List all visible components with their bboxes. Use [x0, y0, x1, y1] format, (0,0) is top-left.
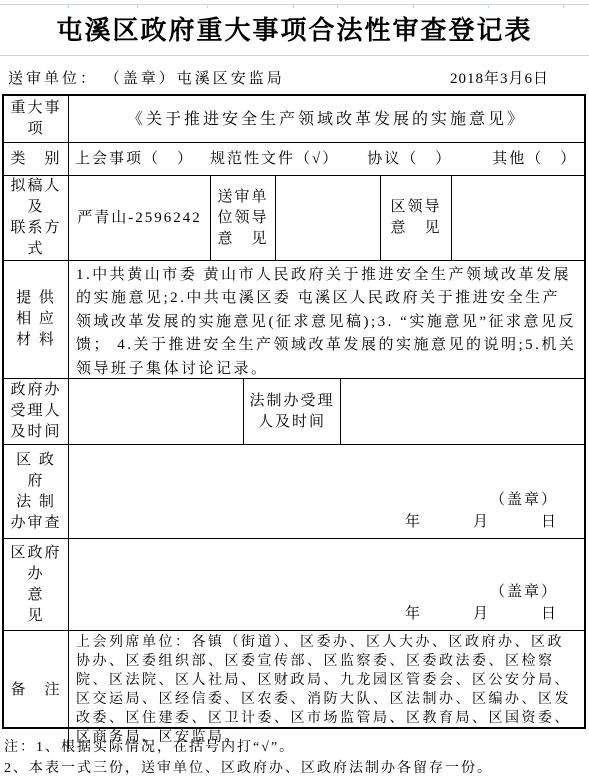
gov-office-opinion-value: （盖章） 年 月 日 — [69, 539, 584, 630]
category-label: 类 别 — [4, 143, 69, 175]
footnote-line-2: 2、本表一式三份，送审单位、区政府办、区政府法制办各留存一份。 — [4, 758, 493, 777]
materials-value: 1.中共黄山市委 黄山市人民政府关于推进安全生产领域改革发展的实施意见;2.中共… — [69, 261, 584, 378]
review-form-table: 重大事 项 《关于推进安全生产领域改革发展的实施意见》 类 别 上会事项（ ） … — [2, 94, 586, 729]
legal-office-handler-label: 法制办受理 人及时间 — [244, 379, 341, 444]
district-leader-opinion-value — [452, 176, 584, 260]
row-remarks: 备 注 上会列席单位：各镇（街道）、区委办、区人大办、区政府办、区政协办、区委组… — [4, 631, 584, 749]
gridline-tick — [337, 4, 338, 8]
date-placeholder: 年 月 日 — [405, 603, 558, 625]
category-option-agreement: 协议（ ） — [367, 149, 452, 170]
category-options: 上会事项（ ） 规范性文件（√） 协议（ ） 其他（ ） — [69, 143, 584, 175]
drafter-value: 严青山-2596242 — [69, 176, 211, 260]
footnote-line-1: 注：1、根据实际情况，在括号内打“√”。 — [4, 737, 493, 758]
gov-office-handler-label: 政府办 受理人 及时间 — [4, 379, 69, 444]
row-legal-review: 区 政 府 法 制 办审查 （盖章） 年 月 日 — [4, 445, 584, 539]
legal-review-label: 区 政 府 法 制 办审查 — [4, 445, 69, 538]
row-category: 类 别 上会事项（ ） 规范性文件（√） 协议（ ） 其他（ ） — [4, 143, 584, 176]
drafter-label: 拟稿人 及 联系方 式 — [4, 176, 69, 260]
category-option-meeting: 上会事项（ ） — [75, 149, 194, 170]
major-item-value: 《关于推进安全生产领域改革发展的实施意见》 — [69, 96, 584, 142]
row-handlers: 政府办 受理人 及时间 法制办受理 人及时间 — [4, 379, 584, 445]
submit-date: 2018年3月6日 — [450, 67, 549, 88]
remarks-value: 上会列席单位：各镇（街道）、区委办、区人大办、区政府办、区政协办、区委组织部、区… — [69, 631, 584, 749]
row-gov-office-opinion: 区政府 办 意 见 （盖章） 年 月 日 — [4, 539, 584, 631]
gridline-tick — [563, 4, 564, 8]
unit-leader-opinion-value — [276, 176, 381, 260]
legal-review-value: （盖章） 年 月 日 — [69, 445, 584, 538]
gridline-tick — [413, 4, 414, 8]
legal-office-handler-value — [341, 379, 584, 444]
submit-unit-line: 送审单位： （盖章）屯溪区安监局 — [8, 67, 285, 88]
gridline-tick — [137, 4, 138, 8]
unit-leader-opinion-label: 送审单 位领导 意 见 — [211, 176, 276, 260]
spreadsheet-gridline — [0, 4, 589, 5]
date-placeholder: 年 月 日 — [405, 511, 558, 533]
row-major-item: 重大事 项 《关于推进安全生产领域改革发展的实施意见》 — [4, 96, 584, 143]
gridline-tick — [488, 4, 489, 8]
footnotes: 注：1、根据实际情况，在括号内打“√”。 2、本表一式三份，送审单位、区政府办、… — [4, 737, 493, 777]
row-materials: 提 供 相 应 材 料 1.中共黄山市委 黄山市人民政府关于推进安全生产领域改革… — [4, 261, 584, 379]
gridline-tick — [293, 4, 294, 8]
gov-office-opinion-label: 区政府 办 意 见 — [4, 539, 69, 630]
page-title: 屯溪区政府重大事项合法性审查登记表 — [0, 10, 589, 47]
row-drafter: 拟稿人 及 联系方 式 严青山-2596242 送审单 位领导 意 见 区领导 … — [4, 176, 584, 261]
category-option-other: 其他（ ） — [492, 149, 577, 170]
gridline-tick — [207, 4, 208, 8]
stamp-placeholder: （盖章） — [490, 581, 558, 603]
gov-office-handler-value — [69, 379, 244, 444]
materials-label: 提 供 相 应 材 料 — [4, 261, 69, 378]
remarks-label: 备 注 — [4, 631, 69, 749]
gridline-tick — [68, 4, 69, 8]
major-item-label: 重大事 项 — [4, 96, 69, 142]
spreadsheet-gridline — [0, 55, 589, 56]
category-option-normative-checked: 规范性文件（√） — [210, 149, 339, 170]
stamp-placeholder: （盖章） — [490, 489, 558, 511]
district-leader-opinion-label: 区领导 意 见 — [381, 176, 452, 260]
